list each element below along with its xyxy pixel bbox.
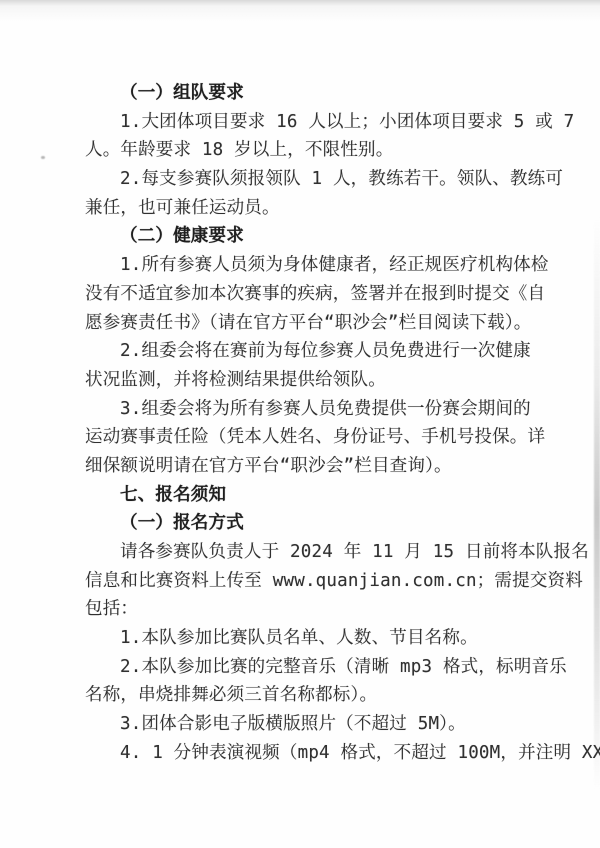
text-line: 愿参赛责任书》（请在官方平台“职沙会”栏目阅读下载）。 <box>85 309 515 338</box>
text-line: 3.团体合影电子版横版照片（不超过 5M）。 <box>85 710 515 739</box>
scan-right-streak <box>594 215 600 790</box>
heading-health-requirements: （二）健康要求 <box>85 222 515 251</box>
text-line: 2.组委会将在赛前为每位参赛人员免费进行一次健康 <box>85 337 515 366</box>
text-line: 4. 1 分钟表演视频（mp4 格式，不超过 100M，并注明 XX <box>85 739 515 768</box>
text-line: 1.本队参加比赛队员名单、人数、节目名称。 <box>85 624 515 653</box>
text-line: 兼任，也可兼任运动员。 <box>85 194 515 223</box>
text-line: 3.组委会将为所有参赛人员免费提供一份赛会期间的 <box>85 395 515 424</box>
text-line: 没有不适宜参加本次赛事的疾病，签署并在报到时提交《自 <box>85 280 515 309</box>
heading-registration-notice: 七、报名须知 <box>85 481 515 510</box>
heading-team-requirements: （一）组队要求 <box>85 79 515 108</box>
heading-registration-method: （一）报名方式 <box>85 509 515 538</box>
text-line: 1.所有参赛人员须为身体健康者，经正规医疗机构体检 <box>85 251 515 280</box>
text-line: 运动赛事责任险（凭本人姓名、身份证号、手机号投保。详 <box>85 423 515 452</box>
text-line: 请各参赛队负责人于 2024 年 11 月 15 日前将本队报名 <box>85 538 515 567</box>
text-line: 2.本队参加比赛的完整音乐（清晰 mp3 格式，标明音乐 <box>85 653 515 682</box>
text-line: 1.大团体项目要求 16 人以上；小团体项目要求 5 或 7 <box>85 108 515 137</box>
text-line: 细保额说明请在官方平台“职沙会”栏目查询）。 <box>85 452 515 481</box>
text-line: 包括： <box>85 595 515 624</box>
scanned-page: （一）组队要求 1.大团体项目要求 16 人以上；小团体项目要求 5 或 7 人… <box>0 0 600 848</box>
scan-top-shade <box>0 0 600 22</box>
text-line: 人。年龄要求 18 岁以上，不限性别。 <box>85 136 515 165</box>
text-line: 状况监测，并将检测结果提供给领队。 <box>85 366 515 395</box>
text-line: 名称，串烧排舞必须三首名称都标）。 <box>85 681 515 710</box>
text-line-with-url: 信息和比赛资料上传至 www.quanjian.com.cn；需提交资料 <box>85 567 515 596</box>
document-text-block: （一）组队要求 1.大团体项目要求 16 人以上；小团体项目要求 5 或 7 人… <box>85 79 515 768</box>
text-line: 2.每支参赛队须报领队 1 人，教练若干。领队、教练可 <box>85 165 515 194</box>
scan-dust-speck <box>41 156 45 159</box>
